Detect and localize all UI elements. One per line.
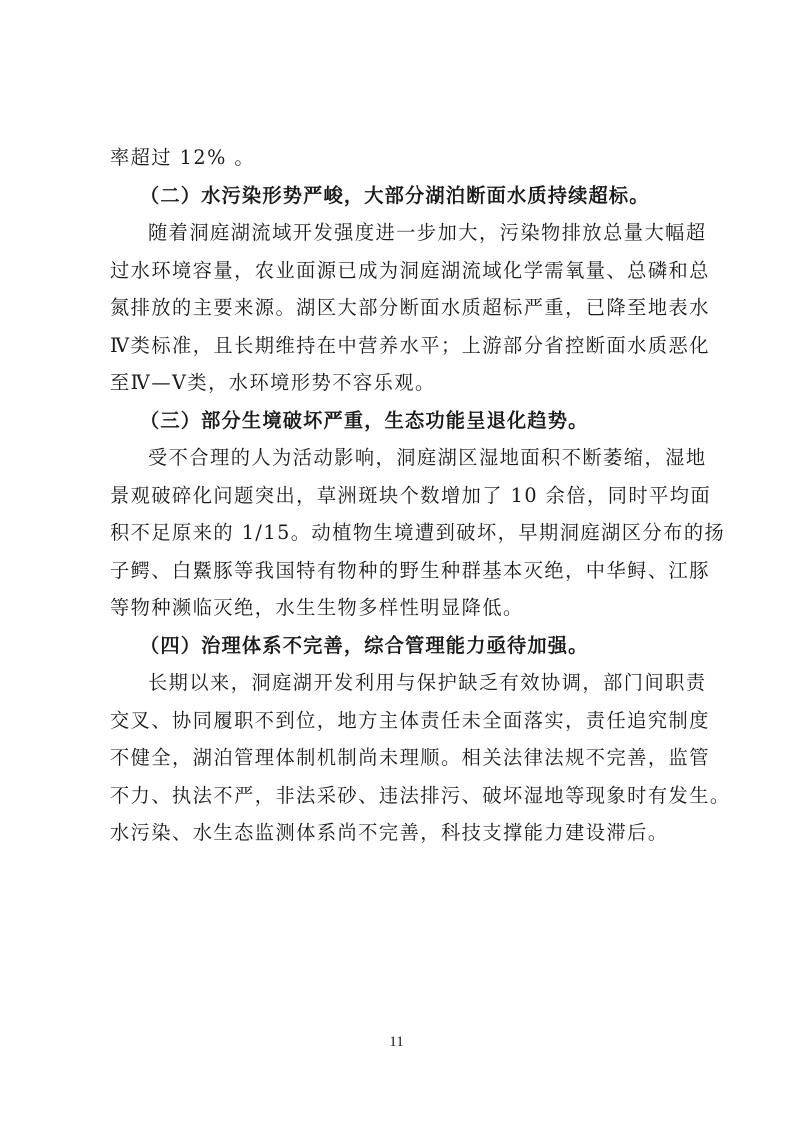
paragraph-continuation-line: 率超过 12% 。 xyxy=(110,139,684,177)
section-heading-4: （四）治理体系不完善，综合管理能力亟待加强。 xyxy=(110,627,684,665)
paragraph-governance: 长期以来，洞庭湖开发利用与保护缺乏有效协调，部门间职责 交叉、协同履职不到位，地… xyxy=(110,664,684,852)
paragraph-water-pollution: 随着洞庭湖流域开发强度进一步加大，污染物排放总量大幅超 过水环境容量，农业面源已… xyxy=(110,214,684,402)
paragraph-line: 不力、执法不严，非法采砂、违法排污、破坏湿地等现象时有发生。 xyxy=(110,777,684,815)
paragraph-line: 随着洞庭湖流域开发强度进一步加大，污染物排放总量大幅超 xyxy=(110,214,684,252)
paragraph-line: Ⅳ类标准，且长期维持在中营养水平；上游部分省控断面水质恶化 xyxy=(110,327,684,365)
paragraph-line: 子鳄、白鱀豚等我国特有物种的野生种群基本灭绝，中华鲟、江豚 xyxy=(110,552,684,590)
paragraph-line: 过水环境容量，农业面源已成为洞庭湖流域化学需氧量、总磷和总 xyxy=(110,252,684,290)
paragraph-line: 长期以来，洞庭湖开发利用与保护缺乏有效协调，部门间职责 xyxy=(110,664,684,702)
paragraph-line: 至Ⅳ—Ⅴ类，水环境形势不容乐观。 xyxy=(110,364,684,402)
page-number: 11 xyxy=(0,1034,793,1051)
paragraph-line: 交叉、协同履职不到位，地方主体责任未全面落实，责任追究制度 xyxy=(110,702,684,740)
paragraph-line: 水污染、水生态监测体系尚不完善，科技支撑能力建设滞后。 xyxy=(110,814,684,852)
paragraph-line: 积不足原来的 1/15。动植物生境遭到破坏，早期洞庭湖区分布的扬 xyxy=(110,514,684,552)
paragraph-line: 等物种濒临灭绝，水生生物多样性明显降低。 xyxy=(110,589,684,627)
section-heading-2: （二）水污染形势严峻，大部分湖泊断面水质持续超标。 xyxy=(110,177,684,215)
paragraph-line: 受不合理的人为活动影响，洞庭湖区湿地面积不断萎缩，湿地 xyxy=(110,439,684,477)
paragraph-line: 氮排放的主要来源。湖区大部分断面水质超标严重，已降至地表水 xyxy=(110,289,684,327)
section-heading-3: （三）部分生境破坏严重，生态功能呈退化趋势。 xyxy=(110,402,684,440)
paragraph-habitat-damage: 受不合理的人为活动影响，洞庭湖区湿地面积不断萎缩，湿地 景观破碎化问题突出，草洲… xyxy=(110,439,684,627)
paragraph-line: 不健全，湖泊管理体制机制尚未理顺。相关法律法规不完善，监管 xyxy=(110,739,684,777)
document-page-body: 率超过 12% 。 （二）水污染形势严峻，大部分湖泊断面水质持续超标。 随着洞庭… xyxy=(110,139,684,852)
paragraph-line: 景观破碎化问题突出，草洲斑块个数增加了 10 余倍，同时平均面 xyxy=(110,477,684,515)
